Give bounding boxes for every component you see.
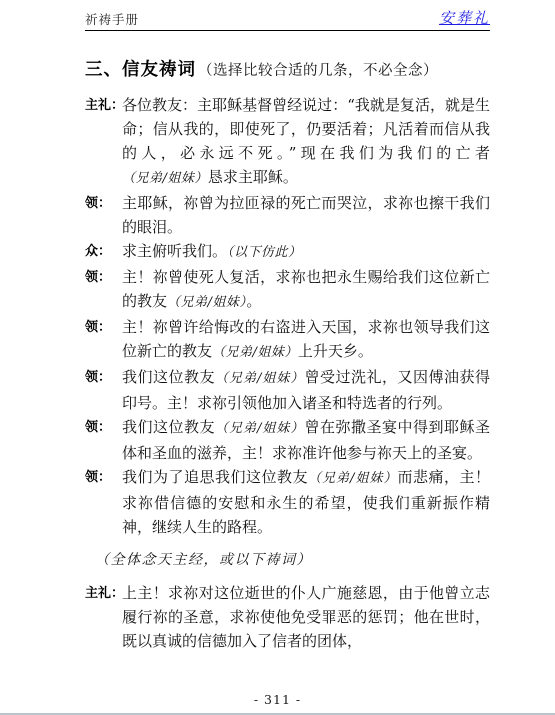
- speaker-label: 领：: [85, 465, 122, 539]
- speaker-label: 主礼：: [85, 93, 122, 191]
- dialog-paragraph: 领：主！祢曾许给悔改的右盗进入天国，求祢也领导我们这位新亡的教友（兄弟/姐妹）上…: [85, 315, 490, 365]
- kai-inline: （兄弟/姐妹）: [212, 345, 298, 360]
- running-header: 祈祷手册 安葬礼: [85, 0, 490, 31]
- speaker-label: 领：: [85, 415, 122, 465]
- paragraph-text: 主！祢曾许给悔改的右盗进入天国，求祢也领导我们这位新亡的教友（兄弟/姐妹）上升天…: [122, 315, 490, 365]
- dialog-paragraph: 领：我们这位教友（兄弟/姐妹）曾受过洗礼，又因傅油获得印号。主！求祢引领他加入诸…: [85, 365, 490, 415]
- speaker-label: 主礼：: [85, 581, 122, 653]
- speaker-label: 领：: [85, 315, 122, 365]
- kai-inline: （兄弟/姐妹）: [215, 371, 304, 386]
- speaker-label: 领：: [85, 365, 122, 415]
- page-number: - 311 -: [0, 692, 555, 707]
- prayer-body: 主礼：各位教友：主耶稣基督曾经说过：“我就是复活，就是生命；信从我的，即使死了，…: [85, 93, 490, 653]
- dialog-paragraph: 主礼：上主！求祢对这位逝世的仆人广施慈恩，由于他曾立志履行祢的圣意，求祢使他免受…: [85, 581, 490, 653]
- paragraph-text: 我们这位教友（兄弟/姐妹）曾在弥撒圣宴中得到耶稣圣体和圣血的滋养，主！求祢准许他…: [122, 415, 490, 465]
- paragraph-text: 各位教友：主耶稣基督曾经说过：“我就是复活，就是生命；信从我的，即使死了，仍要活…: [122, 93, 490, 191]
- paragraph-text: 上主！求祢对这位逝世的仆人广施慈恩，由于他曾立志履行祢的圣意，求祢使他免受罪恶的…: [122, 581, 490, 653]
- kai-inline: （兄弟/姐妹）: [215, 421, 304, 436]
- kai-inline: （兄弟/姐妹）: [308, 471, 397, 486]
- dialog-paragraph: 领：我们这位教友（兄弟/姐妹）曾在弥撒圣宴中得到耶稣圣体和圣血的滋养，主！求祢准…: [85, 415, 490, 465]
- section-link[interactable]: 安葬礼: [439, 7, 490, 28]
- kai-inline: （以下仿此）: [227, 245, 302, 260]
- section-title: 三、信友祷词 （选择比较合适的几条，不必全念）: [85, 56, 490, 81]
- section-title-main: 三、信友祷词: [85, 56, 196, 81]
- page-content: 祈祷手册 安葬礼 三、信友祷词 （选择比较合适的几条，不必全念） 主礼：各位教友…: [0, 0, 555, 653]
- paragraph-text: 主耶稣，祢曾为拉匝禄的死亡而哭泣，求祢也擦干我们的眼泪。: [122, 191, 490, 239]
- kai-inline: （兄弟/姐妹）: [122, 171, 208, 186]
- paragraph-text: 我们为了追思我们这位教友（兄弟/姐妹）而悲痛，主！求祢借信德的安慰和永生的希望，…: [122, 465, 490, 539]
- document-page: 祈祷手册 安葬礼 三、信友祷词 （选择比较合适的几条，不必全念） 主礼：各位教友…: [0, 0, 555, 715]
- paragraph-text: 我们这位教友（兄弟/姐妹）曾受过洗礼，又因傅油获得印号。主！求祢引领他加入诸圣和…: [122, 365, 490, 415]
- paragraph-text: 求主俯听我们。（以下仿此）: [122, 239, 490, 265]
- speaker-label: 领：: [85, 265, 122, 315]
- kai-inline: （兄弟/姐妹）: [167, 295, 246, 310]
- dialog-paragraph: 领：我们为了追思我们这位教友（兄弟/姐妹）而悲痛，主！求祢借信德的安慰和永生的希…: [85, 465, 490, 539]
- speaker-label: 领：: [85, 191, 122, 239]
- dialog-paragraph: 领：主耶稣，祢曾为拉匝禄的死亡而哭泣，求祢也擦干我们的眼泪。: [85, 191, 490, 239]
- speaker-label: 众：: [85, 239, 122, 265]
- book-title: 祈祷手册: [85, 10, 139, 28]
- dialog-paragraph: 众：求主俯听我们。（以下仿此）: [85, 239, 490, 265]
- paragraph-text: 主！祢曾使死人复活，求祢也把永生赐给我们这位新亡的教友（兄弟/姐妹）。: [122, 265, 490, 315]
- paragraph-text: （全体念天主经，或以下祷词）: [95, 552, 312, 568]
- dialog-paragraph: 领：主！祢曾使死人复活，求祢也把永生赐给我们这位新亡的教友（兄弟/姐妹）。: [85, 265, 490, 315]
- section-title-note: （选择比较合适的几条，不必全念）: [198, 59, 438, 80]
- dialog-paragraph: 主礼：各位教友：主耶稣基督曾经说过：“我就是复活，就是生命；信从我的，即使死了，…: [85, 93, 490, 191]
- rubric-note: （全体念天主经，或以下祷词）: [95, 548, 490, 572]
